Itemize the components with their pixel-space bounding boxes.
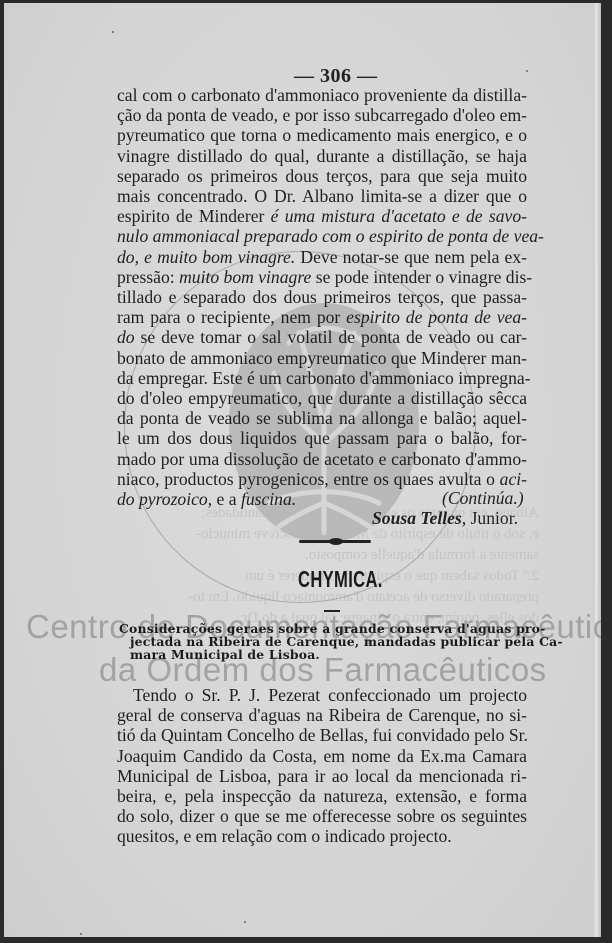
italic-run: fuscina.: [241, 489, 296, 509]
italic-run: muito bom vinagre: [179, 267, 311, 287]
article-line: do se deve tomar o sal volatil de ponta …: [117, 327, 527, 347]
author-suffix: , Junior.: [462, 508, 518, 528]
page-gutter: [593, 3, 601, 937]
article-line: pressão: muito bom vinagre se pode inten…: [117, 267, 527, 287]
article-line: separado os primeiros dous terços, para …: [117, 166, 527, 186]
continued-note: (Continúa.): [442, 488, 524, 508]
body-line: Tendo o Sr. P. J. Pezerat confeccionado …: [117, 685, 527, 705]
body-line: tió da Quintam Concelho de Bellas, fui c…: [117, 725, 527, 745]
article-line: nulo ammoniacal preparado com o espirito…: [117, 226, 527, 246]
heading-line: mara Municipal de Lisboa.: [119, 648, 539, 661]
author-signature: Sousa Telles, Junior.: [372, 508, 518, 528]
article-line: pyreumatico que torna o medicamento mais…: [117, 125, 527, 145]
article-line: do d'oleo empyreumatico, que durante a d…: [117, 388, 527, 408]
article-heading: Considerações geraes sobre a grande cons…: [119, 622, 539, 662]
article-line: niaco, productos pyrogenicos, entre os q…: [117, 469, 527, 489]
body-line: geral de conserva d'aguas na Ribeira de …: [117, 705, 527, 725]
italic-run: espirito de ponta de vea-: [346, 307, 527, 327]
decorative-rule: [299, 540, 371, 543]
article-line: cal com o carbonato d'ammoniaco provenie…: [117, 85, 527, 105]
italic-run: do: [117, 327, 135, 347]
body-line: quesitos, e em relação com o indicado pr…: [117, 826, 527, 846]
article-line: bonato de ammoniaco empyreumatico que Mi…: [117, 348, 527, 368]
body-line: do solo, dizer o que se me offerecesse s…: [117, 806, 527, 826]
article-line: mado por uma dissolução de acetato e car…: [117, 449, 527, 469]
body-line: Municipal de Lisboa, para ir ao local da…: [117, 766, 527, 786]
continued-article-text: cal com o carbonato d'ammoniaco provenie…: [117, 85, 527, 509]
article-line: da empregar. Este é um carbonato d'ammon…: [117, 368, 527, 388]
italic-run: do pyrozoico: [117, 489, 208, 509]
article-line: ram para o recipiente, nem por espirito …: [117, 307, 527, 327]
body-line: beira, e, pela inspecção da natureza, ex…: [117, 786, 527, 806]
body-line: Joaquim Candido da Costa, em nome da Ex.…: [117, 746, 527, 766]
article-line: espirito de Minderer é uma mistura d'ace…: [117, 206, 527, 226]
article-line: do, e muito bom vinagre. Deve notar-se q…: [117, 247, 527, 267]
italic-run: nulo ammoniacal preparado com o espirito…: [117, 226, 544, 246]
section-title: CHYMICA.: [298, 566, 383, 593]
italic-run: é uma mistura d'acetato e de savo-: [271, 206, 527, 226]
article-line: vinagre distillado do qual, durante a di…: [117, 146, 527, 166]
article-line: ção da ponta de veado, e por isso subcar…: [117, 105, 527, 125]
article-line: tillado e separado dos dous primeiros te…: [117, 287, 527, 307]
italic-run: aci-: [500, 469, 527, 489]
author-name: Sousa Telles: [372, 508, 462, 528]
article-line: da ponta de veado se sublima na allonga …: [117, 408, 527, 428]
article-line: le um dos dous liquidos que passam para …: [117, 428, 527, 448]
scanned-page: Albano, em quantos os elementos e as sua…: [4, 3, 601, 937]
italic-run: do, e muito bom vinagre.: [117, 247, 295, 267]
article-line: mais concentrado. O Dr. Albano limita-se…: [117, 186, 527, 206]
section-body-text: Tendo o Sr. P. J. Pezerat confeccionado …: [117, 685, 527, 847]
